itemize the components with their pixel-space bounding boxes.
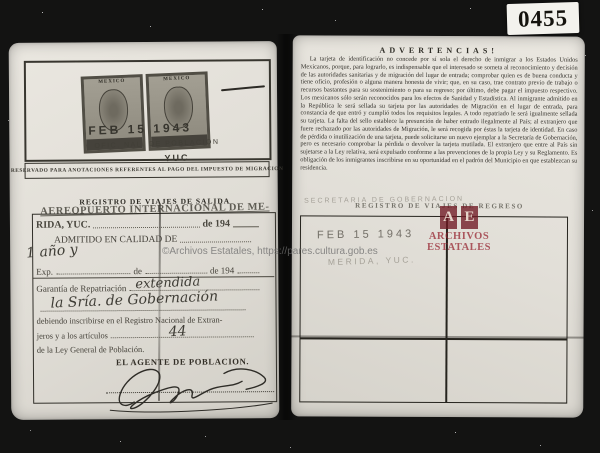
registro-line1: debiendo inscribirse en el Registro Naci… bbox=[37, 315, 223, 325]
blank-line bbox=[56, 272, 130, 275]
catalog-number-label: 0455 bbox=[507, 2, 580, 35]
logo-text-line1: ARCHIVOS bbox=[427, 231, 491, 242]
blank-line bbox=[233, 225, 259, 227]
archive-credit-watermark: ©Archivos Estatales, https://pares.cultu… bbox=[162, 246, 378, 257]
year-prefix: de 194 bbox=[210, 265, 234, 275]
ley-line: de la Ley General de Población. bbox=[37, 345, 144, 355]
tax-stamp-box: MEXICO MEXICO FEB 15 1943 OFIC. NAL. DE … bbox=[24, 59, 272, 162]
advertencias-body: La tarjeta de identificación no concede … bbox=[300, 55, 578, 203]
stamp-country-label: MEXICO bbox=[84, 78, 140, 85]
stamp-caption: RESERVADO PARA ANOTACIONES REFERENTES AL… bbox=[11, 166, 284, 174]
archive-logo-watermark: AE ARCHIVOS ESTATALES bbox=[427, 206, 491, 253]
handwritten-articles: 44 bbox=[168, 323, 187, 340]
stamp-caption-box: RESERVADO PARA ANOTACIONES REFERENTES AL… bbox=[25, 161, 270, 179]
blank-line bbox=[93, 226, 199, 229]
advertencias-title: ADVERTENCIAS! bbox=[293, 45, 585, 55]
exp-label: Exp. bbox=[36, 267, 53, 277]
de-label: de bbox=[133, 266, 142, 276]
blank-line bbox=[237, 271, 259, 273]
registro-line2: jeros y a los artículos bbox=[37, 331, 108, 340]
blank-line bbox=[180, 240, 251, 242]
scanner-dust-specks bbox=[0, 0, 1, 1]
logo-text-line2: ESTATALES bbox=[427, 242, 491, 253]
entry-date-stamp: FEB 15 1943 bbox=[317, 228, 414, 241]
logo-letter-a: A bbox=[440, 206, 457, 229]
logo-letter-e: E bbox=[461, 206, 478, 229]
year-prefix: de 194 bbox=[202, 218, 230, 229]
signature bbox=[106, 359, 276, 415]
left-page: MEXICO MEXICO FEB 15 1943 OFIC. NAL. DE … bbox=[9, 41, 280, 420]
airport-stamp-line2: RIDA, YUC. bbox=[36, 219, 90, 230]
scanned-document: MEXICO MEXICO FEB 15 1943 OFIC. NAL. DE … bbox=[0, 0, 600, 453]
stamp-country-label: MEXICO bbox=[149, 75, 205, 82]
catalog-number: 0455 bbox=[518, 5, 569, 32]
